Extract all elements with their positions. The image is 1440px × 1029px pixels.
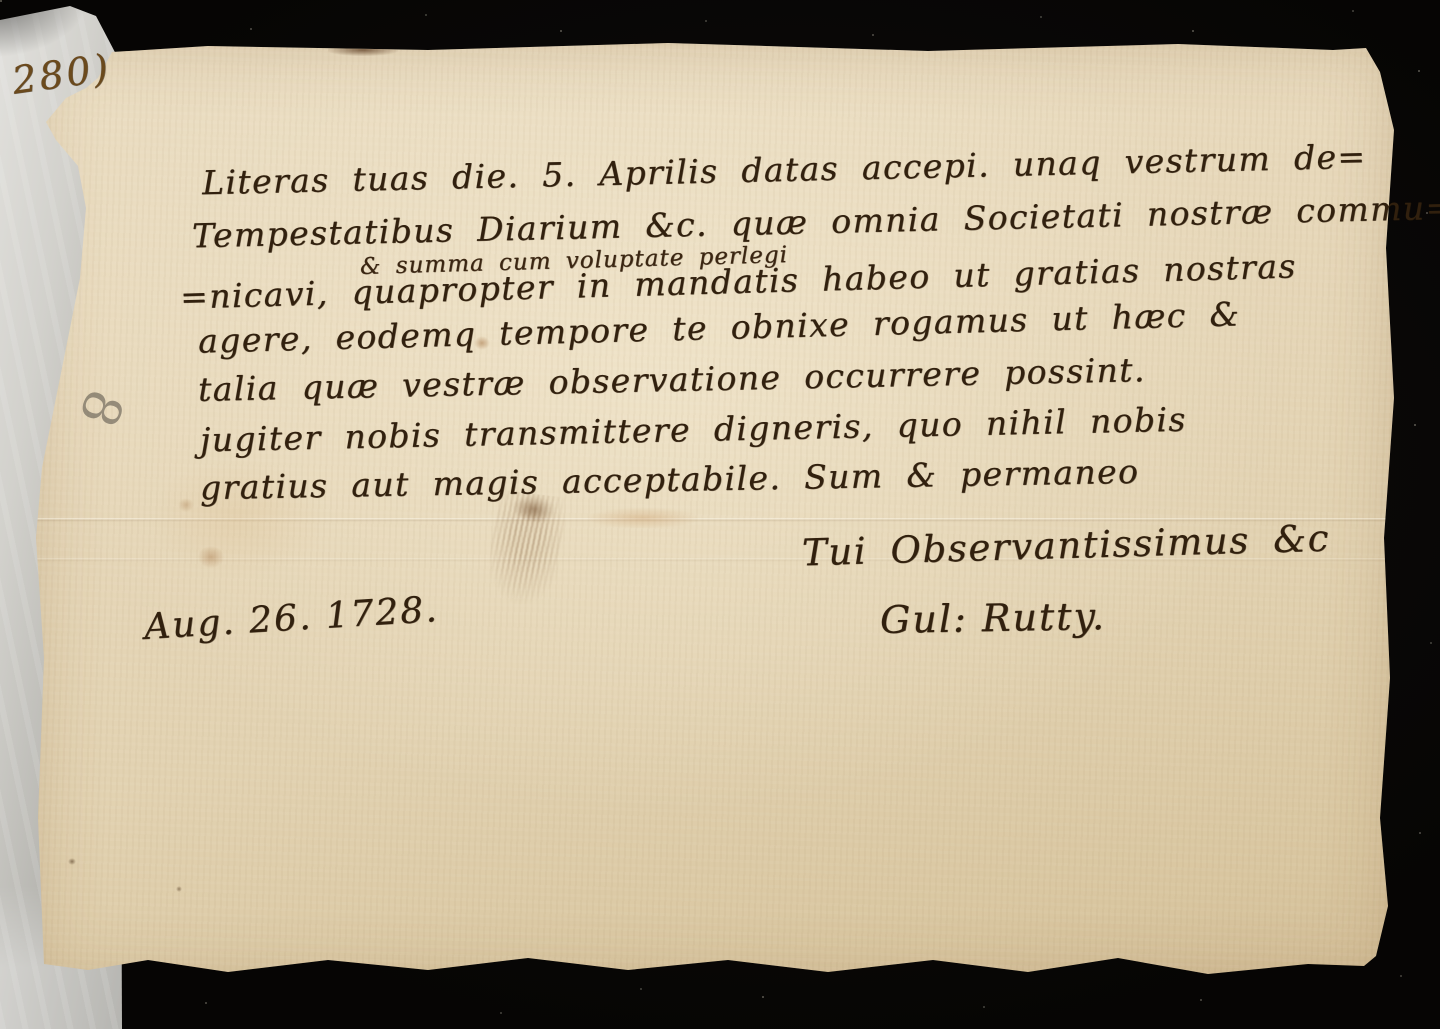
fleck xyxy=(68,858,76,865)
edge-stain xyxy=(328,44,398,56)
signature: Gul: Rutty. xyxy=(880,594,1107,642)
faint-stain xyxy=(588,508,698,528)
dust-specks xyxy=(0,0,2,2)
fleck xyxy=(176,886,182,892)
manuscript-photo: 280) 8 Literas tuas die. 5. Aprilis data… xyxy=(0,0,1440,1029)
